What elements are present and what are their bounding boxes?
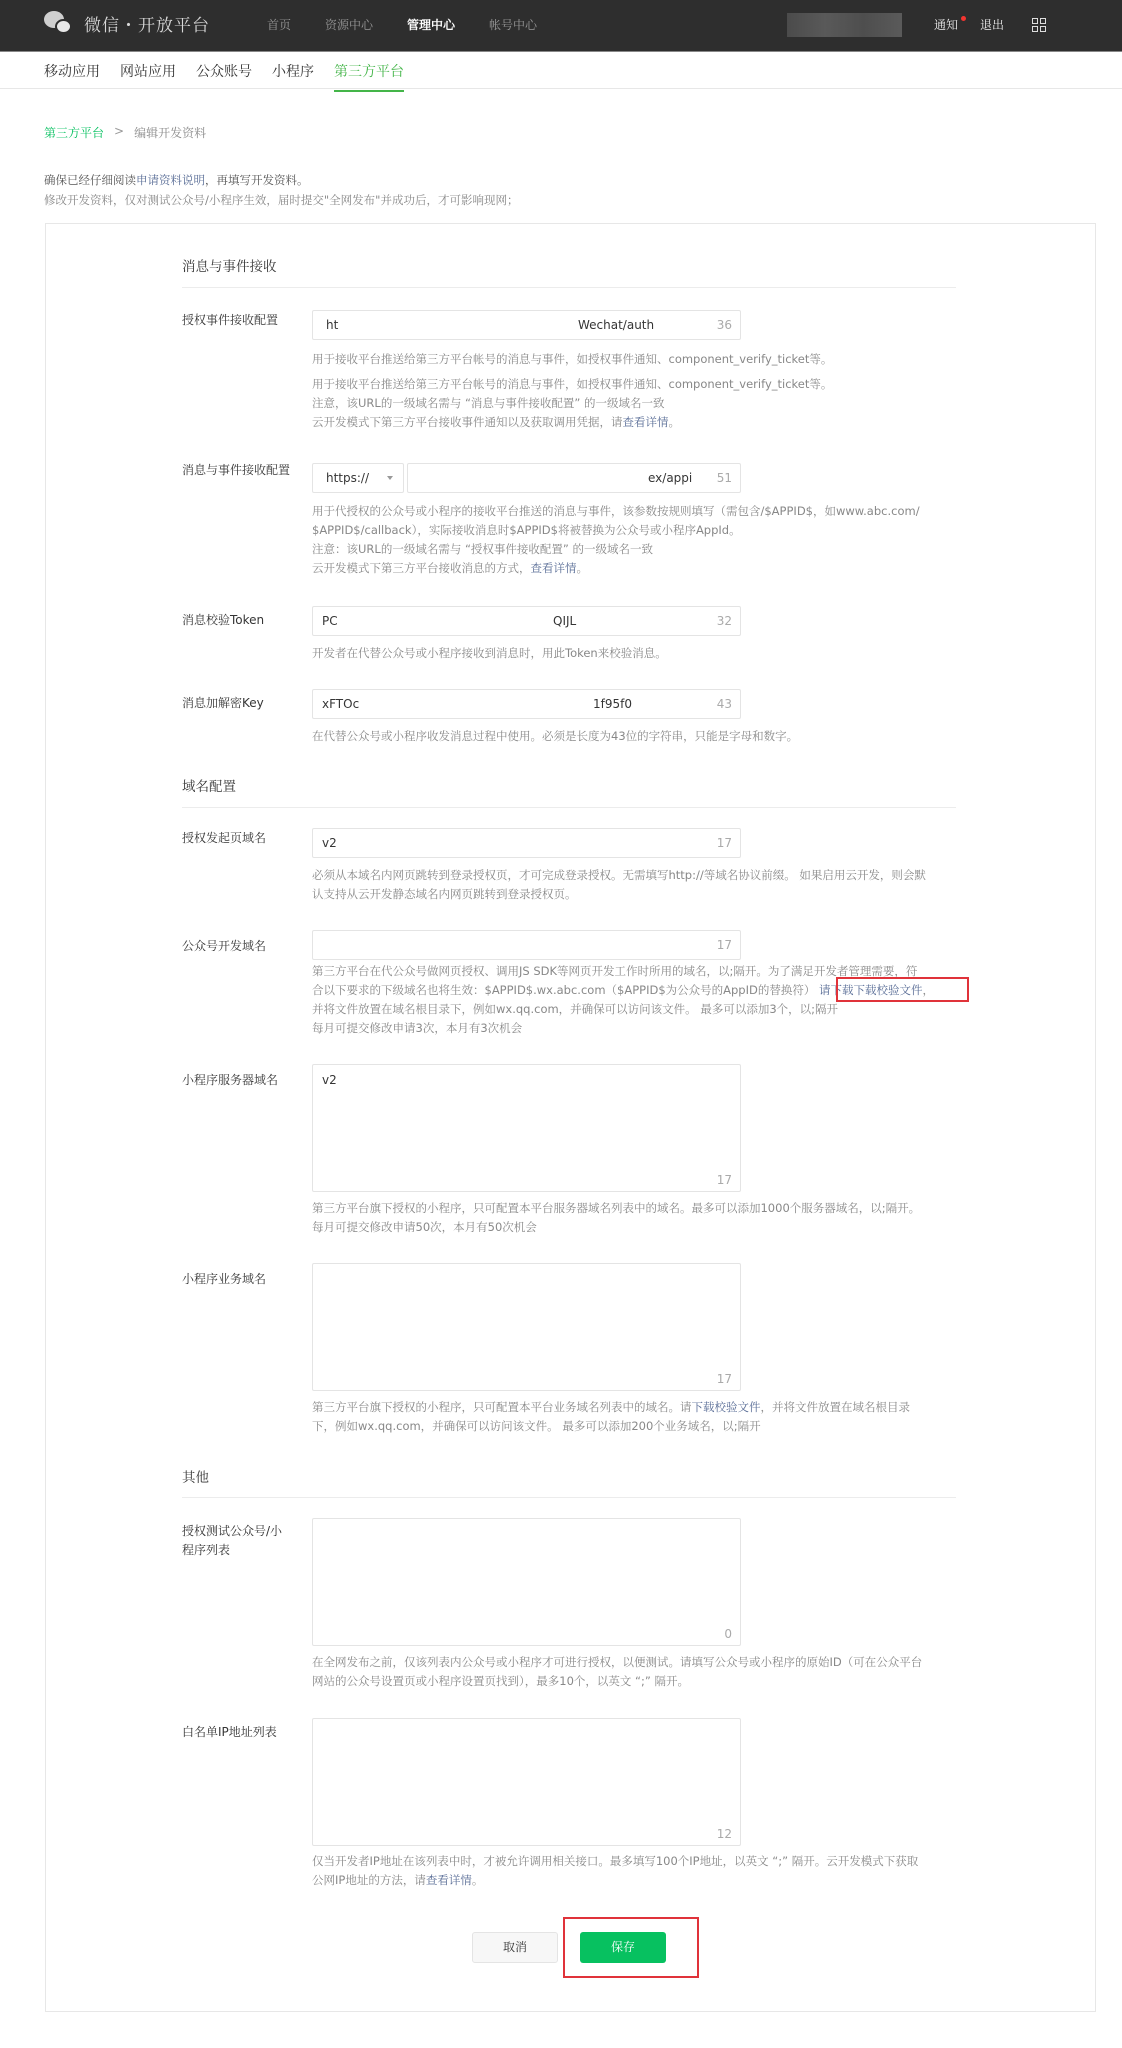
section-title-message: 消息与事件接收 [182, 255, 277, 275]
hint-line: 每月可提交修改申请50次，本月有50次机会 [312, 1218, 962, 1237]
hint-line: 认支持从云开发静态域名内网页跳转到登录授权页。 [312, 885, 962, 904]
input-value: xFTOc [322, 697, 359, 711]
encoding-key-input[interactable]: xFTOc 1f95f0 43 [312, 689, 741, 719]
view-details-link[interactable]: 查看详情 [531, 561, 577, 575]
hint-line: 下，例如wx.qq.com，并确保可以访问该文件。 最多可以添加200个业务域名… [312, 1417, 962, 1436]
mp-domain-input[interactable]: 17 [312, 930, 741, 960]
label-auth-event: 授权事件接收配置 [182, 311, 294, 330]
tab-official-account[interactable]: 公众账号 [196, 61, 252, 92]
hint-text: 公网IP地址的方法，请 [312, 1873, 426, 1887]
input-value-end: Wechat/auth [578, 318, 654, 332]
notice-link[interactable]: 通知 [934, 16, 958, 33]
hint-line: 用于代授权的公众号或小程序的接收平台推送的消息与事件，该参数按规则填写（需包含/… [312, 502, 962, 521]
char-count: 36 [717, 318, 732, 332]
char-count: 0 [724, 1627, 732, 1641]
hint-line: 用于接收平台推送给第三方平台帐号的消息与事件，如授权事件通知、component… [312, 350, 962, 369]
char-count: 43 [717, 697, 732, 711]
hint-line: 必须从本域名内网页跳转到登录授权页，才可完成登录授权。无需填写http://等域… [312, 866, 962, 885]
nav-account[interactable]: 帐号中心 [489, 16, 537, 33]
hint-line: 第三方平台旗下授权的小程序，只可配置本平台服务器域名列表中的域名。最多可以添加1… [312, 1199, 962, 1218]
hint-text: 。 [669, 415, 681, 429]
char-count: 17 [717, 938, 732, 952]
input-value-end: QIJL [553, 614, 576, 628]
top-bar: 微信・开放平台 首页 资源中心 管理中心 帐号中心 通知 退出 [0, 0, 1122, 52]
hint-text: 。 [577, 561, 589, 575]
hint-text: ，并将文件放置在域名根目录 [761, 1400, 911, 1414]
hint-line: 仅当开发者IP地址在该列表中时，才被允许调用相关接口。最多填写100个IP地址，… [312, 1852, 962, 1871]
view-details-link[interactable]: 查看详情 [623, 415, 669, 429]
download-verify-file-link[interactable]: 下载校验文件 [692, 1400, 761, 1414]
server-domain-hint: 第三方平台旗下授权的小程序，只可配置本平台服务器域名列表中的域名。最多可以添加1… [312, 1199, 962, 1237]
notice-tips: 确保已经仔细阅读申请资料说明，再填写开发资料。 修改开发资料，仅对测试公众号/小… [44, 170, 518, 210]
user-name-redacted[interactable] [787, 13, 902, 37]
input-value: ht [326, 318, 338, 332]
wechat-logo-icon [44, 9, 76, 37]
hint-line: $APPID$/callback），实际接收消息时$APPID$将被替换为公众号… [312, 521, 962, 540]
right-nav: 通知 退出 [934, 16, 1046, 33]
label-server-domain: 小程序服务器域名 [182, 1071, 294, 1090]
hint-text: 。 [472, 1873, 484, 1887]
application-guide-link[interactable]: 申请资料说明 [136, 173, 205, 187]
hint-text: 云开发模式下第三方平台接收消息的方式， [312, 561, 531, 575]
sub-nav: 移动应用 网站应用 公众账号 小程序 第三方平台 [0, 53, 1122, 89]
hint-line: 每月可提交修改申请3次，本月有3次机会 [312, 1019, 972, 1038]
server-domain-textarea[interactable]: v2 17 [312, 1064, 741, 1192]
section-title-domain: 域名配置 [182, 775, 236, 795]
char-count: 17 [717, 1372, 732, 1386]
token-hint: 开发者在代替公众号或小程序接收到消息时，用此Token来校验消息。 [312, 644, 962, 663]
breadcrumb-parent[interactable]: 第三方平台 [44, 124, 104, 141]
hint-line: 在全网发布之前，仅该列表内公众号或小程序才可进行授权，以便测试。请填写公众号或小… [312, 1653, 962, 1672]
char-count: 17 [717, 1173, 732, 1187]
key-hint: 在代替公众号或小程序收发消息过程中使用。必须是长度为43位的字符串，只能是字母和… [312, 727, 962, 746]
view-details-link[interactable]: 查看详情 [426, 1873, 472, 1887]
label-token: 消息校验Token [182, 611, 294, 630]
logout-link[interactable]: 退出 [980, 16, 1004, 33]
nav-home[interactable]: 首页 [267, 16, 291, 33]
ip-whitelist-textarea[interactable]: 12 [312, 1718, 741, 1846]
hint-line: 网站的公众号设置页或小程序设置页找到），最多10个，以英文 “;” 隔开。 [312, 1672, 962, 1691]
char-count: 17 [717, 836, 732, 850]
hint-line: 用于接收平台推送给第三方平台帐号的消息与事件，如授权事件通知、component… [312, 375, 962, 394]
biz-domain-textarea[interactable]: 17 [312, 1263, 741, 1391]
section-divider [182, 807, 956, 808]
logo-text: 微信・开放平台 [84, 11, 210, 36]
textarea-value: v2 [322, 1073, 337, 1087]
nav-resources[interactable]: 资源中心 [325, 16, 373, 33]
auth-domain-hint: 必须从本域名内网页跳转到登录授权页，才可完成登录授权。无需填写http://等域… [312, 866, 962, 904]
auth-domain-input[interactable]: v2 17 [312, 828, 741, 858]
msg-event-hint: 用于代授权的公众号或小程序的接收平台推送的消息与事件，该参数按规则填写（需包含/… [312, 502, 962, 578]
cancel-button[interactable]: 取消 [472, 1932, 558, 1963]
highlight-box-save [563, 1917, 699, 1978]
input-value-end: 1f95f0 [593, 697, 632, 711]
label-test-list: 授权测试公众号/小程序列表 [182, 1522, 294, 1560]
tips-text: 确保已经仔细阅读 [44, 173, 136, 187]
breadcrumb: 第三方平台 > 编辑开发资料 [44, 124, 206, 141]
notice-dot-icon [961, 16, 966, 21]
input-value-end: ex/appi [648, 471, 692, 485]
label-msg-event: 消息与事件接收配置 [182, 461, 294, 480]
highlight-box-download [836, 977, 969, 1002]
ip-list-hint: 仅当开发者IP地址在该列表中时，才被允许调用相关接口。最多填写100个IP地址，… [312, 1852, 962, 1890]
caret-down-icon [387, 476, 393, 480]
test-list-hint: 在全网发布之前，仅该列表内公众号或小程序才可进行授权，以便测试。请填写公众号或小… [312, 1653, 962, 1691]
section-divider [182, 287, 956, 288]
logo[interactable]: 微信・开放平台 [44, 9, 210, 37]
char-count: 32 [717, 614, 732, 628]
test-accounts-textarea[interactable]: 0 [312, 1518, 741, 1646]
hint-text: 云开发模式下第三方平台接收事件通知以及获取调用凭据，请 [312, 415, 623, 429]
hint-line: 并将文件放置在域名根目录下，例如wx.qq.com，并确保可以访问该文件。 最多… [312, 1000, 972, 1019]
tab-mini-program[interactable]: 小程序 [272, 61, 314, 92]
tab-mobile-app[interactable]: 移动应用 [44, 61, 100, 92]
label-mp-domain: 公众号开发域名 [182, 937, 294, 956]
tips-line-2: 修改开发资料，仅对测试公众号/小程序生效，届时提交"全网发布"并成功后，才可影响… [44, 190, 518, 210]
input-value: PC [322, 614, 338, 628]
hint-line: 注意：该URL的一级域名需与 “授权事件接收配置” 的一级域名一致 [312, 540, 962, 559]
char-count: 12 [717, 1827, 732, 1841]
hint-text: 合以下要求的下级域名也将生效：$APPID$.wx.abc.com（$APPID… [312, 983, 815, 997]
nav-management[interactable]: 管理中心 [407, 16, 455, 33]
hint-line: 注意，该URL的一级域名需与 “消息与事件接收配置” 的一级域名一致 [312, 394, 962, 413]
label-key: 消息加解密Key [182, 694, 294, 713]
main-nav: 首页 资源中心 管理中心 帐号中心 [267, 16, 571, 33]
protocol-select[interactable]: https:// [312, 463, 404, 493]
token-input[interactable]: PC QIJL 32 [312, 606, 741, 636]
label-auth-domain: 授权发起页域名 [182, 829, 294, 848]
hint-text: 第三方平台旗下授权的小程序，只可配置本平台业务域名列表中的域名。请 [312, 1400, 692, 1414]
section-divider [182, 1497, 956, 1498]
breadcrumb-separator-icon: > [114, 124, 124, 141]
auth-event-hint: 用于接收平台推送给第三方平台帐号的消息与事件，如授权事件通知、component… [312, 350, 962, 432]
label-biz-domain: 小程序业务域名 [182, 1270, 294, 1289]
tab-website-app[interactable]: 网站应用 [120, 61, 176, 92]
qrcode-icon[interactable] [1032, 18, 1046, 32]
auth-event-url-input[interactable]: ht Wechat/auth 36 [312, 310, 741, 340]
tips-text: ，再填写开发资料。 [205, 173, 309, 187]
select-value: https:// [326, 471, 369, 485]
biz-domain-hint: 第三方平台旗下授权的小程序，只可配置本平台业务域名列表中的域名。请下载校验文件，… [312, 1398, 962, 1436]
breadcrumb-current: 编辑开发资料 [134, 124, 206, 141]
section-title-other: 其他 [182, 1466, 209, 1486]
label-ip-list: 白名单IP地址列表 [182, 1723, 294, 1742]
char-count: 51 [717, 471, 732, 485]
tab-third-party[interactable]: 第三方平台 [334, 61, 404, 92]
input-value: v2 [322, 836, 337, 850]
msg-event-url-input[interactable]: ex/appi 51 [407, 463, 741, 493]
